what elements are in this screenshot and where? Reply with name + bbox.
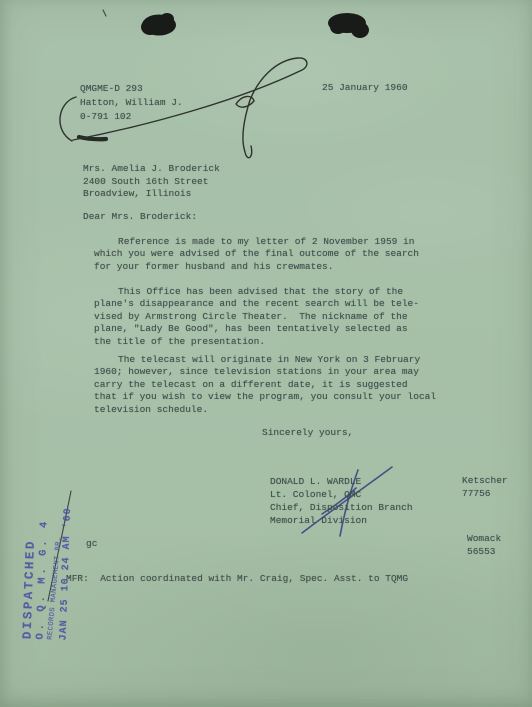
notation-number: 77756 — [462, 487, 508, 500]
paragraph-line: television schedule. — [94, 404, 436, 416]
reference-serial: 0-791 102 — [80, 110, 183, 124]
paragraph-1: Reference is made to my letter of 2 Nove… — [94, 236, 419, 273]
salutation: Dear Mrs. Broderick: — [83, 211, 197, 223]
paragraph-2: This Office has been advised that the st… — [94, 286, 419, 348]
signer-name: DONALD L. WARDLE — [270, 475, 413, 488]
notation-name: Womack — [467, 532, 501, 545]
recipient-address: Mrs. Amelia J. Broderick 2400 South 16th… — [83, 163, 220, 201]
office-notation-1: Ketscher 77756 — [462, 474, 508, 500]
signature-block: DONALD L. WARDLE Lt. Colonel, QMC Chief,… — [270, 475, 413, 527]
corner-tick — [103, 10, 106, 16]
paragraph-line: carry the telecast on a different date, … — [94, 379, 436, 391]
recipient-street: 2400 South 16th Street — [83, 176, 220, 189]
paragraph-line: Reference is made to my letter of 2 Nove… — [94, 236, 419, 248]
paragraph-line: which you were advised of the final outc… — [94, 248, 419, 260]
signer-division: Memorial Division — [270, 514, 413, 527]
paragraph-line: for your former husband and his crewmate… — [94, 261, 419, 273]
pen-scrawl-paren — [60, 97, 76, 141]
paragraph-3: The telecast will originate in New York … — [94, 354, 436, 416]
paragraph-line: vised by Armstrong Circle Theater. The n… — [94, 311, 419, 323]
hole-punch-left — [141, 13, 176, 36]
letter-date: 25 January 1960 — [322, 82, 408, 94]
dispatched-stamp: DISPATCHED O. Q. M. G. 4 RECORDS MANAGEM… — [22, 497, 85, 641]
complimentary-close: Sincerely yours, — [262, 427, 353, 439]
reference-name: Hatton, William J. — [80, 96, 183, 110]
typist-initials: gc — [86, 538, 97, 550]
signer-title: Chief, Disposition Branch — [270, 501, 413, 514]
office-notation-2: Womack 56553 — [467, 532, 501, 558]
paragraph-line: plane's disappearance and the recent sea… — [94, 298, 419, 310]
signer-rank: Lt. Colonel, QMC — [270, 488, 413, 501]
recipient-name: Mrs. Amelia J. Broderick — [83, 163, 220, 176]
paragraph-line: The telecast will originate in New York … — [94, 354, 436, 366]
paragraph-line: the title of the presentation. — [94, 336, 419, 348]
paragraph-line: plane, "Lady Be Good", has been tentativ… — [94, 323, 419, 335]
notation-name: Ketscher — [462, 474, 508, 487]
reference-number: QMGME-D 293 — [80, 82, 183, 96]
hole-punch-right — [328, 13, 369, 38]
notation-number: 56553 — [467, 545, 501, 558]
paragraph-line: that if you wish to view the program, yo… — [94, 391, 436, 403]
paragraph-line: This Office has been advised that the st… — [94, 286, 419, 298]
mfr-note: MFR: Action coordinated with Mr. Craig, … — [66, 573, 408, 585]
pen-scrawl-bow — [236, 96, 254, 107]
letter-page: QMGME-D 293 Hatton, William J. 0-791 102… — [0, 0, 532, 707]
paragraph-line: 1960; however, since television stations… — [94, 366, 436, 378]
recipient-city: Broadview, Illinois — [83, 188, 220, 201]
reference-block: QMGME-D 293 Hatton, William J. 0-791 102 — [80, 82, 183, 124]
